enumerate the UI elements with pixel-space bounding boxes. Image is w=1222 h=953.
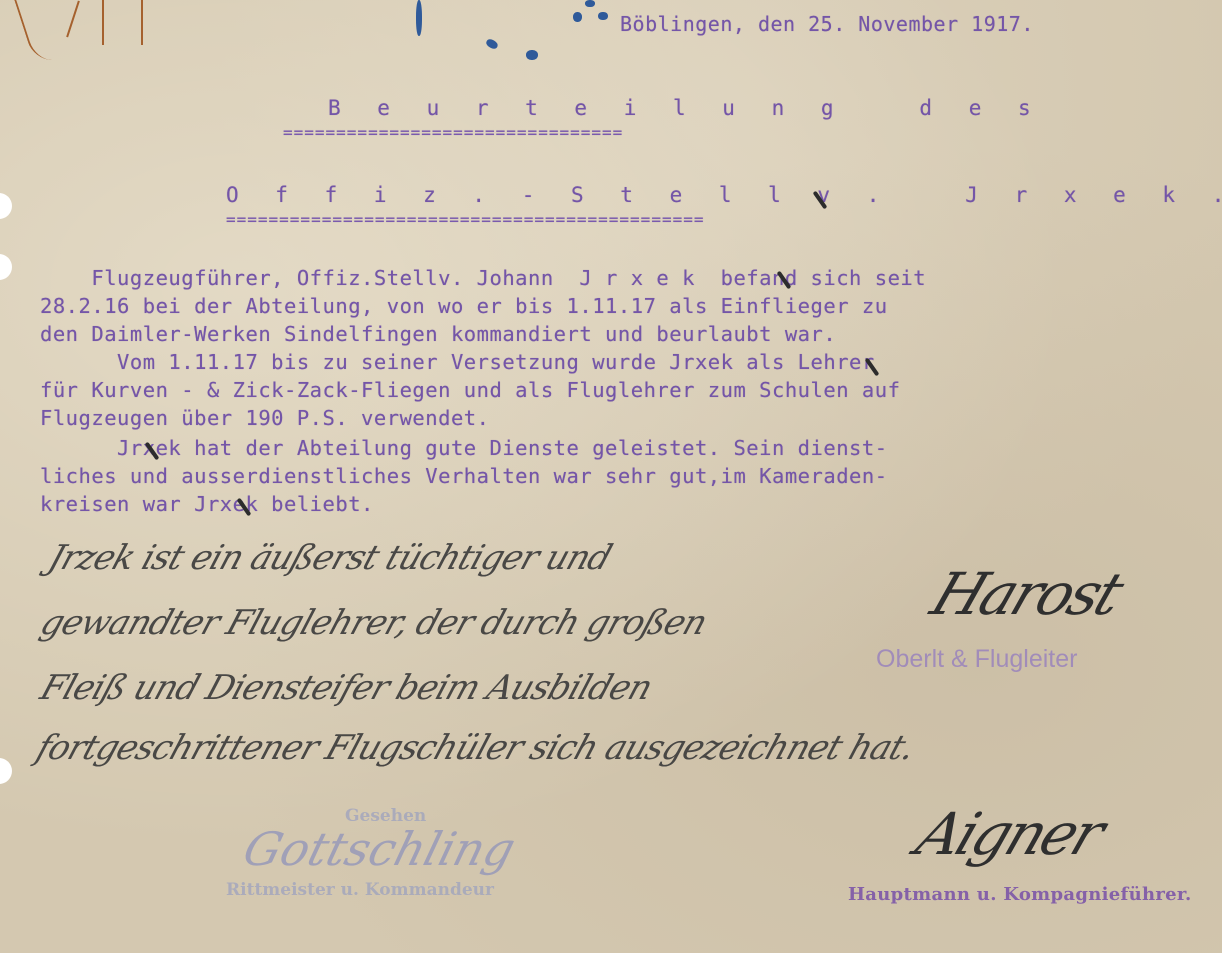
place-date: Böblingen, den 25. November 1917. xyxy=(620,12,1034,36)
punch-hole xyxy=(0,758,12,784)
signature-captain: Aigner xyxy=(908,800,1112,868)
punch-hole xyxy=(0,254,12,280)
subject-underline: ========================================… xyxy=(226,210,704,229)
body-line: Jrxek hat der Abteilung gute Dienste gel… xyxy=(40,436,888,460)
body-line: für Kurven - & Zick-Zack-Fliegen und als… xyxy=(40,378,900,402)
punch-hole xyxy=(0,193,12,219)
body-line: Flugzeugführer, Offiz.Stellv. Johann J r… xyxy=(40,266,926,290)
body-line: Flugzeugen über 190 P.S. verwendet. xyxy=(40,406,489,430)
handwritten-line: Jrzek ist ein äußerst tüchtiger und xyxy=(44,538,617,578)
title-underline: ================================ xyxy=(283,123,623,142)
subject-name: O f f i z . - S t e l l v . J r x e k . xyxy=(226,183,1222,207)
body-line: den Daimler-Werken Sindelfingen kommandi… xyxy=(40,322,836,346)
signature-flight-leader: Harost xyxy=(923,560,1131,628)
handwritten-line: gewandter Fluglehrer, der durch großen xyxy=(36,603,712,643)
body-line: liches und ausserdienstliches Verhalten … xyxy=(40,464,888,488)
body-line: 28.2.16 bei der Abteilung, von wo er bis… xyxy=(40,294,888,318)
handwritten-line: fortgeschrittener Flugschüler sich ausge… xyxy=(32,728,920,768)
stamp-commander: Rittmeister u. Kommandeur xyxy=(226,880,494,900)
body-line: Vom 1.11.17 bis zu seiner Versetzung wur… xyxy=(40,350,875,374)
body-line: kreisen war Jrxek beliebt. xyxy=(40,492,374,516)
document-page: Böblingen, den 25. November 1917. B e u … xyxy=(0,0,1222,953)
document-title: B e u r t e i l u n g d e s xyxy=(328,96,1043,120)
stamp-captain: Hauptmann u. Kompagnieführer. xyxy=(848,884,1192,905)
handwritten-line: Fleiß und Dienst­eifer beim Ausbilden xyxy=(36,668,657,708)
signature-commander: Gottschling xyxy=(238,822,521,876)
stamp-flight-leader: Oberlt & Flugleiter xyxy=(876,645,1077,674)
